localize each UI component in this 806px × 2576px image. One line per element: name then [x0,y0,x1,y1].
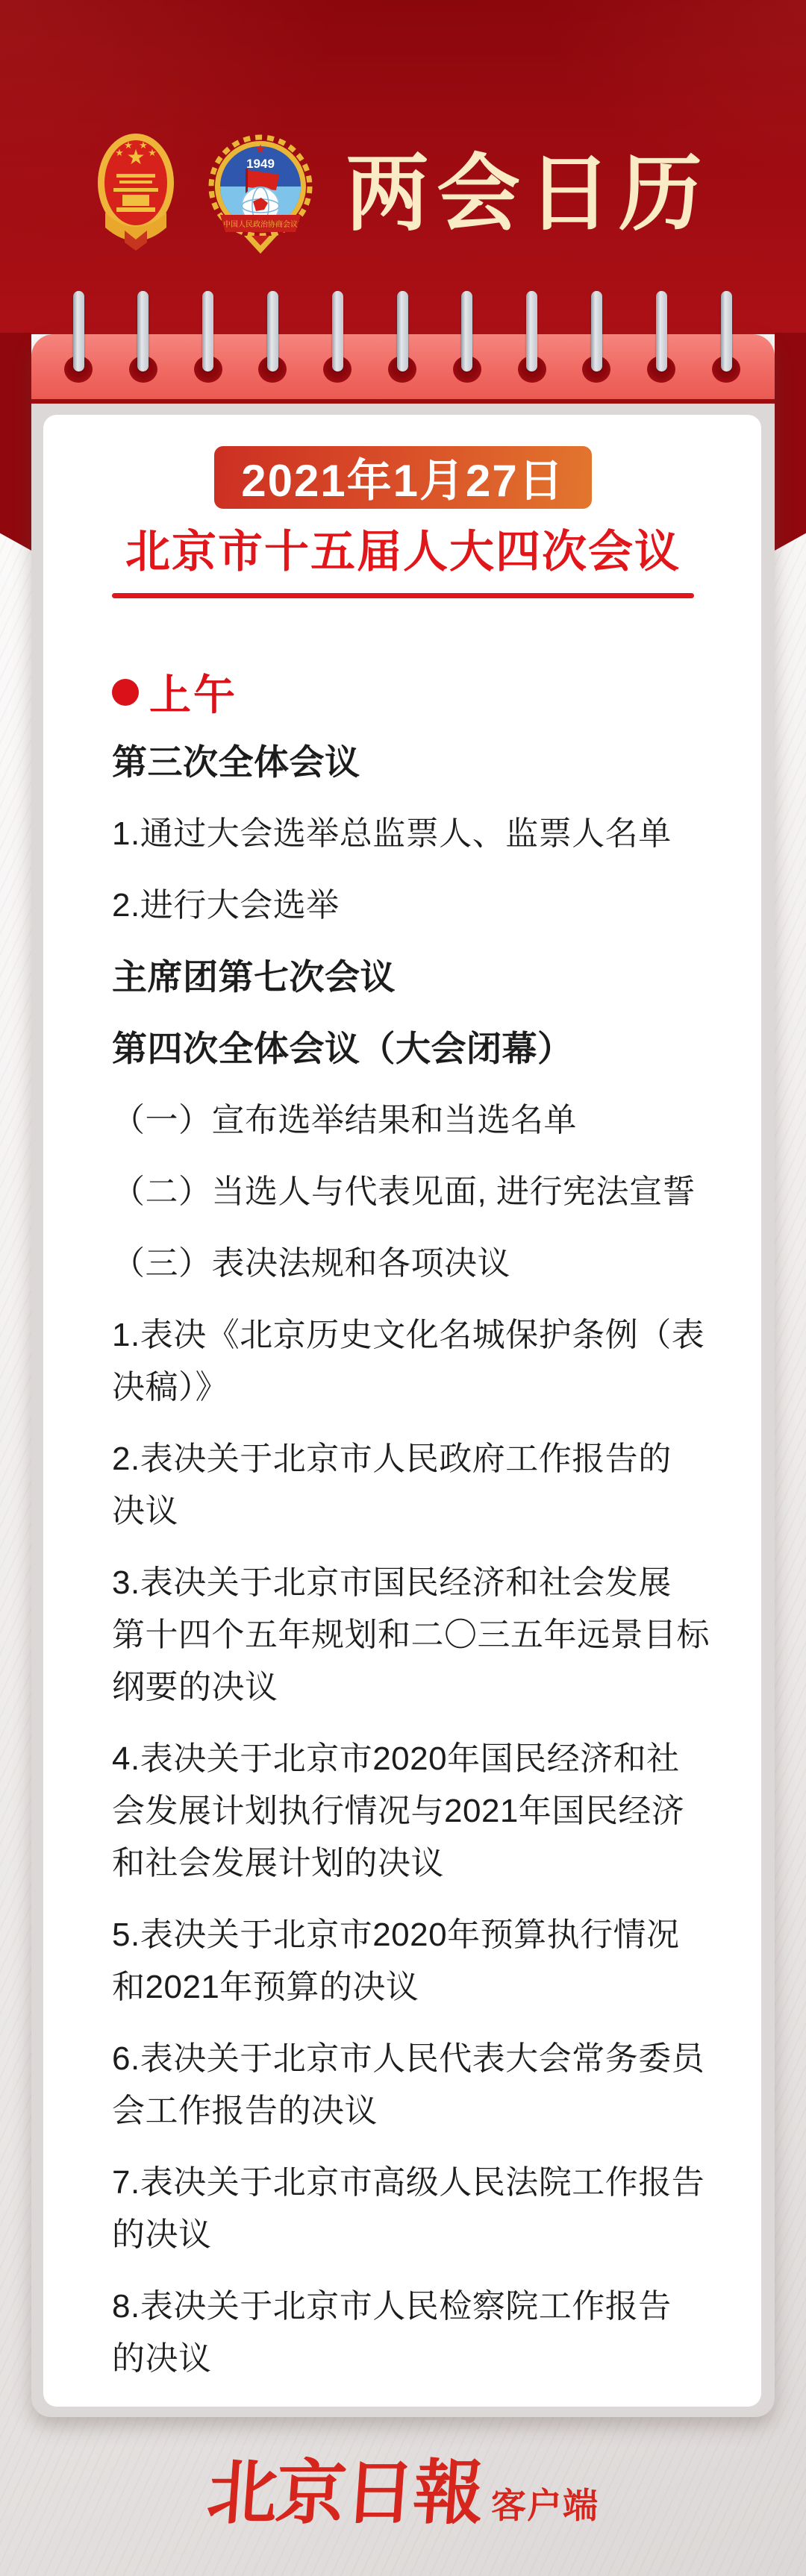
agenda-item: 第三次全体会议 [112,736,731,789]
agenda-line: 1.通过大会选举总监票人、监票人名单 [112,808,731,860]
title-divider [112,593,694,598]
agenda-line: 7.表决关于北京市高级人民法院工作报告 [112,2157,731,2209]
agenda-line: 第四次全体会议（大会闭幕） [112,1023,731,1075]
ribbon-tail-right [775,333,806,551]
calendar-top-bar [31,334,775,404]
agenda-item: （一）宣布选举结果和当选名单 [112,1094,731,1147]
masthead-title: 两会日历 [346,124,710,264]
agenda-item: 2.进行大会选举 [112,880,731,932]
agenda-item: 5.表决关于北京市2020年预算执行情况和2021年预算的决议 [112,1909,731,2014]
masthead-row: ★ ★ ★ ★ ★ ★ 1949 [0,124,806,264]
agenda-line: 决议 [112,1485,731,1538]
agenda-item: 1.表决《北京历史文化名城保护条例（表决稿）》 [112,1309,731,1414]
agenda-line: 8.表决关于北京市人民检察院工作报告 [112,2281,731,2333]
agenda-item: 2.表决关于北京市人民政府工作报告的决议 [112,1433,731,1538]
agenda-line: 4.表决关于北京市2020年国民经济和社 [112,1733,731,1785]
agenda-item: 8.表决关于北京市人民检察院工作报告的决议 [112,2281,731,2385]
session-header: 上午 [112,666,237,718]
bullet-icon [112,679,139,706]
agenda-item: 3.表决关于北京市国民经济和社会发展第十四个五年规划和二〇三五年远景目标纲要的决… [112,1557,731,1714]
agenda-line: 2.进行大会选举 [112,880,731,932]
agenda-item: （二）当选人与代表见面, 进行宪法宣誓 [112,1166,731,1218]
agenda-item: 4.表决关于北京市2020年国民经济和社会发展计划执行情况与2021年国民经济和… [112,1733,731,1890]
agenda-line: 决稿）》 [112,1361,731,1414]
agenda-line: 1.表决《北京历史文化名城保护条例（表 [112,1309,731,1361]
agenda-line: （三）表决法规和各项决议 [112,1238,731,1290]
publisher-logo-calligraphy: 北京日報 [204,2451,485,2535]
ribbon-tail-left [0,333,31,551]
publisher-logo: 北京日報 客户端 [0,2438,806,2535]
agenda-line: 纲要的决议 [112,1661,731,1714]
agenda-line: 和社会发展计划的决议 [112,1837,731,1890]
svg-text:★: ★ [148,147,157,158]
agenda-line: 主席团第七次会议 [112,951,731,1003]
agenda-line: 会工作报告的决议 [112,2085,731,2137]
national-emblem-icon: ★ ★ ★ ★ ★ [96,129,175,260]
agenda-line: 5.表决关于北京市2020年预算执行情况 [112,1909,731,1961]
agenda-line: 的决议 [112,2333,731,2385]
svg-text:中国人民政治协商会议: 中国人民政治协商会议 [223,219,298,229]
svg-text:★: ★ [124,140,133,151]
agenda-list: 第三次全体会议1.通过大会选举总监票人、监票人名单2.进行大会选举主席团第七次会… [112,736,731,2404]
agenda-item: 主席团第七次会议 [112,951,731,1003]
agenda-item: （三）表决法规和各项决议 [112,1238,731,1290]
agenda-line: 和2021年预算的决议 [112,1961,731,2014]
agenda-line: 2.表决关于北京市人民政府工作报告的 [112,1433,731,1485]
session-label: 上午 [149,662,237,722]
svg-text:★: ★ [115,147,124,158]
poster-page: ★ ★ ★ ★ ★ ★ 1949 [0,0,806,2576]
agenda-line: 第三次全体会议 [112,736,731,789]
agenda-item: 1.通过大会选举总监票人、监票人名单 [112,808,731,860]
agenda-line: （二）当选人与代表见面, 进行宪法宣誓 [112,1166,731,1218]
agenda-line: 第十四个五年规划和二〇三五年远景目标 [112,1609,731,1661]
agenda-item: 第四次全体会议（大会闭幕） [112,1023,731,1075]
meeting-title: 北京市十五届人大四次会议 [0,522,806,582]
agenda-line: 6.表决关于北京市人民代表大会常务委员 [112,2033,731,2085]
agenda-item: 7.表决关于北京市高级人民法院工作报告的决议 [112,2157,731,2261]
agenda-line: 的决议 [112,2209,731,2261]
svg-text:★: ★ [139,140,148,151]
agenda-line: 会发展计划执行情况与2021年国民经济 [112,1785,731,1837]
svg-text:1949: 1949 [246,157,275,171]
cppcc-emblem-icon: ★ 1949 中国人民政治协商会议 [208,127,313,262]
svg-text:★: ★ [255,143,266,156]
publisher-logo-suffix: 客户端 [491,2488,599,2523]
agenda-line: 3.表决关于北京市国民经济和社会发展 [112,1557,731,1609]
agenda-item: 6.表决关于北京市人民代表大会常务委员会工作报告的决议 [112,2033,731,2137]
date-badge: 2021年1月27日 [214,446,592,509]
agenda-line: （一）宣布选举结果和当选名单 [112,1094,731,1147]
